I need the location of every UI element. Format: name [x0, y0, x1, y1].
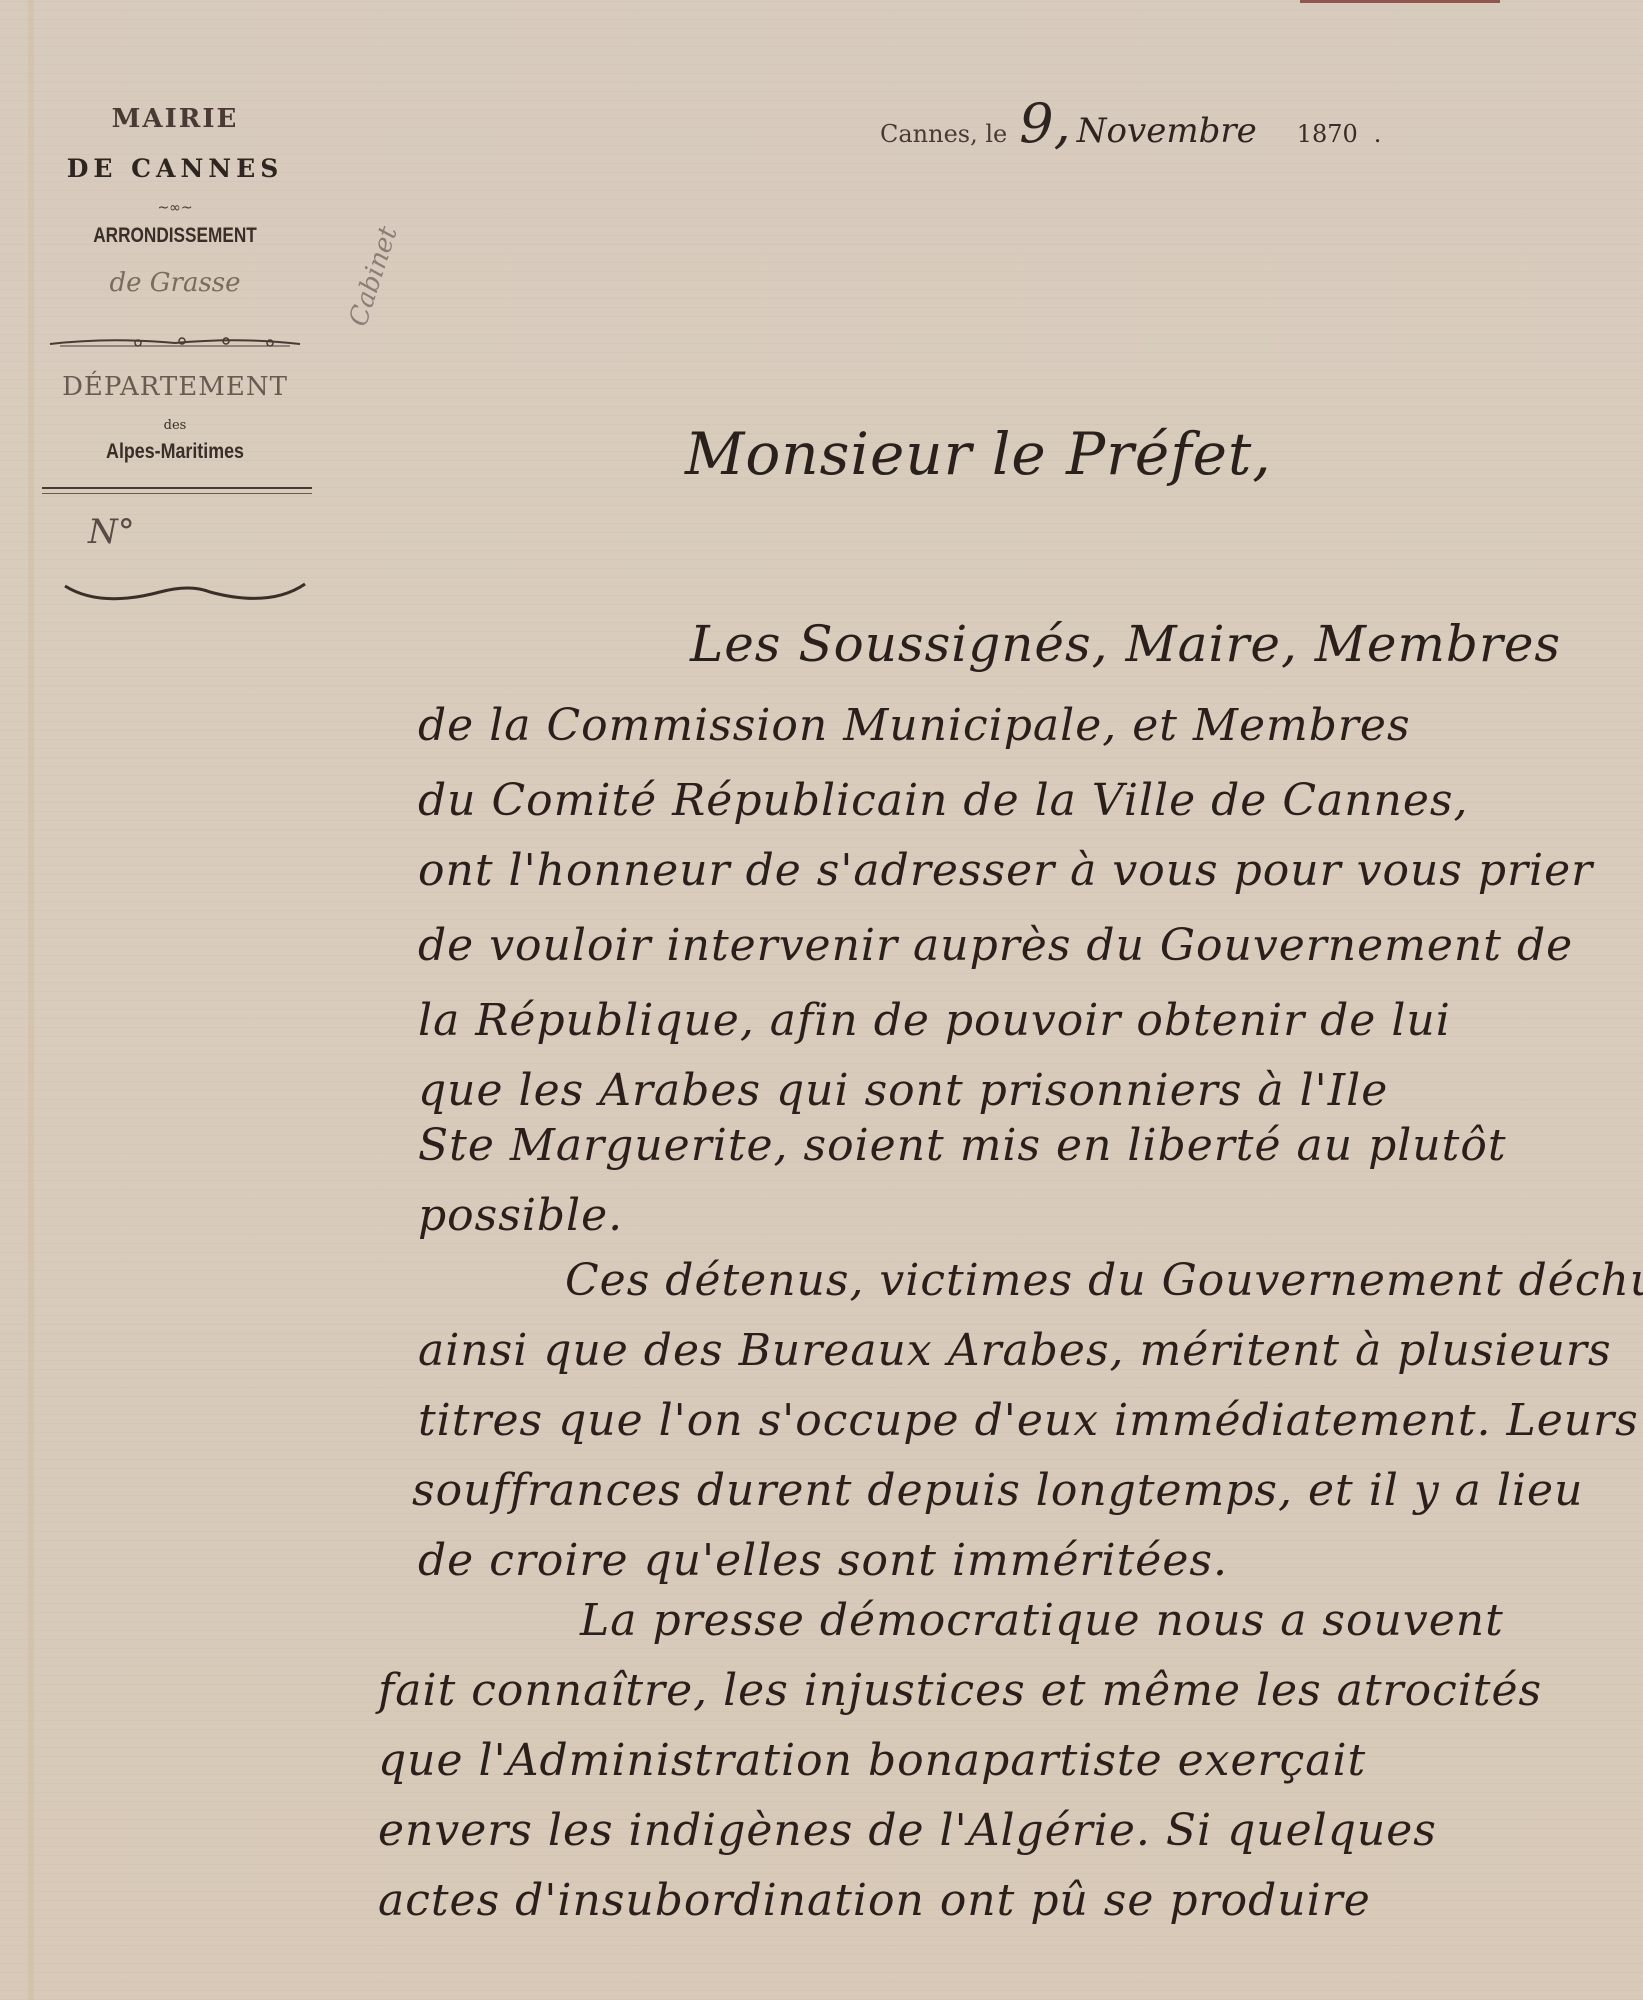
letter-paper: MAIRIE DE CANNES ~∞~ ARRONDISSEMENT de G… [0, 0, 1643, 2000]
body-line: Ste Marguerite, soient mis en liberté au… [418, 1120, 1507, 1171]
body-line: souffrances durent depuis longtemps, et … [412, 1465, 1583, 1516]
letterhead-departement-value: Alpes-Maritimes [52, 440, 299, 464]
letterhead-number: N° [88, 512, 135, 552]
body-line: de croire qu'elles sont imméritées. [418, 1535, 1228, 1586]
letterhead-des: des [30, 418, 320, 433]
body-line: que l'Administration bonapartiste exerça… [378, 1735, 1366, 1786]
body-line: titres que l'on s'occupe d'eux immédiate… [418, 1395, 1639, 1446]
body-line: du Comité Républicain de la Ville de Can… [418, 775, 1469, 826]
body-line: Ces détenus, victimes du Gouvernement dé… [565, 1255, 1643, 1306]
letterhead-departement: DÉPARTEMENT [30, 372, 320, 402]
date-line: Cannes, le9,Novembre1870. [880, 92, 1381, 155]
margin-annotation: Cabinet [343, 223, 403, 330]
body-line: envers les indigènes de l'Algérie. Si qu… [378, 1805, 1437, 1856]
letterhead-divider [42, 487, 312, 494]
body-line: de vouloir intervenir auprès du Gouverne… [418, 920, 1573, 971]
ornament-flourish-icon: ~∞~ [30, 200, 320, 216]
body-line: fait connaître, les injustices et même l… [378, 1665, 1542, 1716]
date-day: 9, [1019, 92, 1071, 155]
body-line: Les Soussignés, Maire, Membres [690, 615, 1561, 673]
letterhead-arrondissement: ARRONDISSEMENT [56, 224, 294, 248]
paper-top-edge [1300, 0, 1500, 3]
body-line: ont l'honneur de s'adresser à vous pour … [418, 845, 1593, 896]
body-line: la République, afin de pouvoir obtenir d… [418, 995, 1451, 1046]
date-month: Novembre [1077, 111, 1257, 151]
body-line: La presse démocratique nous a souvent [580, 1595, 1504, 1646]
body-line: possible. [418, 1190, 623, 1241]
body-line: ainsi que des Bureaux Arabes, méritent à… [418, 1325, 1612, 1376]
ornament-rule-icon [30, 333, 320, 351]
ornament-swash-icon [60, 578, 310, 608]
paper-fold [28, 0, 34, 2000]
date-year: 1870 [1297, 120, 1358, 148]
salutation: Monsieur le Préfet, [685, 420, 1272, 488]
body-line: que les Arabes qui sont prisonniers à l'… [418, 1065, 1388, 1116]
letterhead-mairie: MAIRIE [30, 104, 320, 134]
body-line: de la Commission Municipale, et Membres [418, 700, 1411, 751]
letterhead-arrondissement-value: de Grasse [30, 268, 320, 298]
date-period: . [1374, 120, 1382, 148]
body-line: actes d'insubordination ont pû se produi… [378, 1875, 1371, 1926]
date-place: Cannes, le [880, 120, 1007, 148]
letterhead-cannes: DE CANNES [30, 154, 320, 183]
